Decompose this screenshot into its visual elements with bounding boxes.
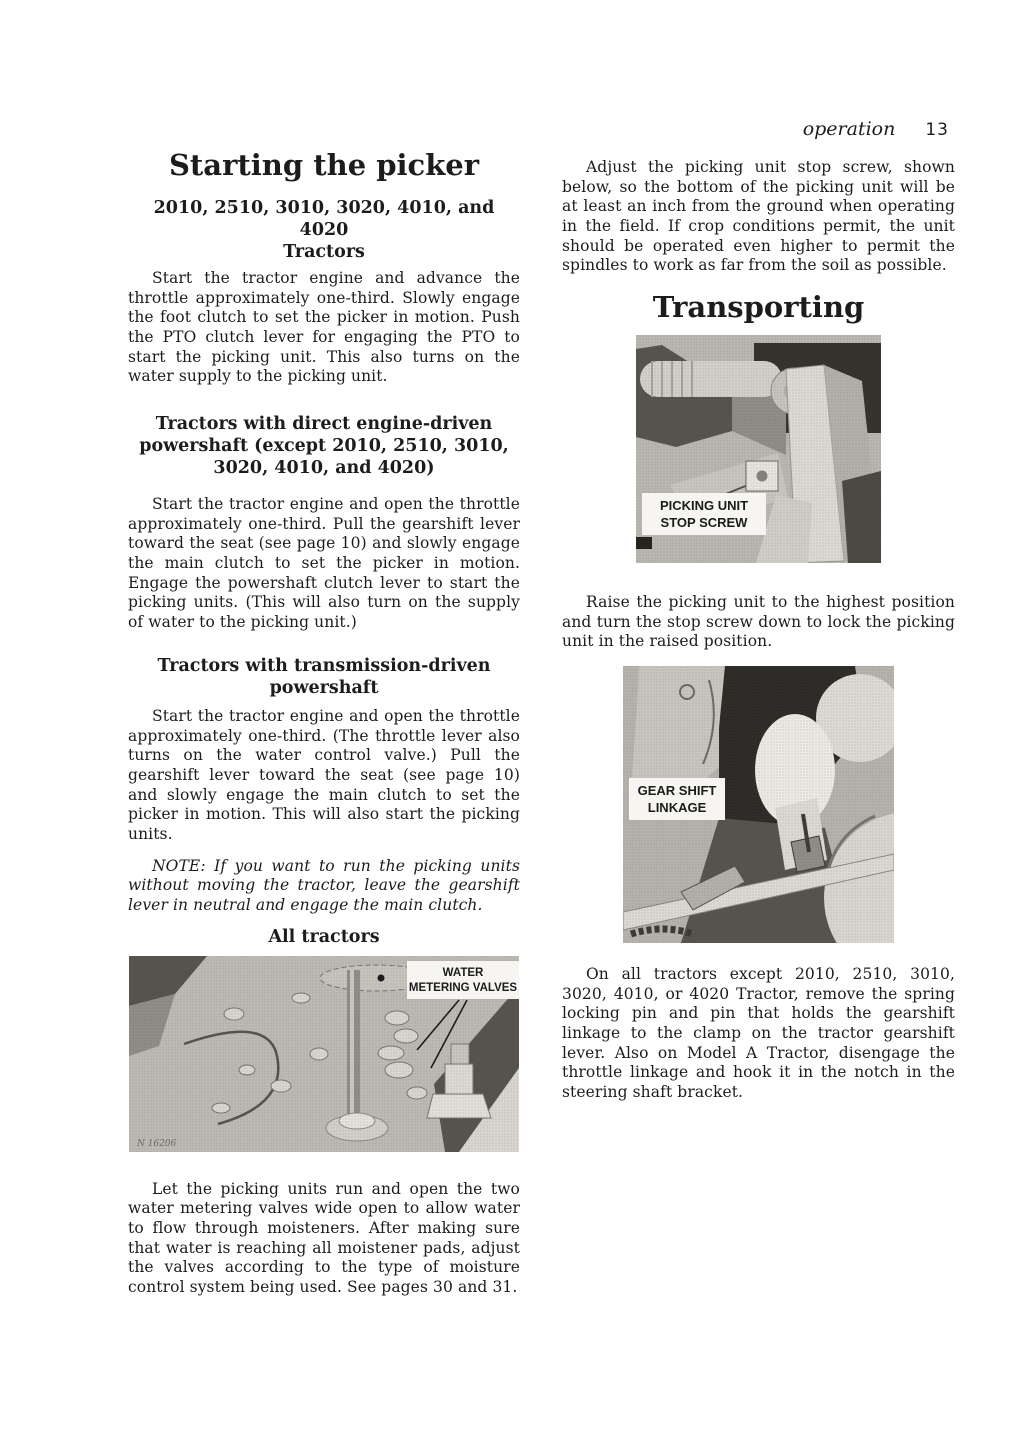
figure-gear-shift-linkage: GEAR SHIFT LINKAGE <box>562 666 955 943</box>
water-metering-valves-photo: WATER METERING VALVES N 16206 <box>129 956 519 1152</box>
figure-code: N 16206 <box>136 1139 177 1149</box>
figure-label-picking-unit-stop-screw: PICKING UNIT STOP SCREW <box>642 493 766 535</box>
heading-transmission-powershaft: Tractors with transmission-driven powers… <box>128 655 520 699</box>
note-paragraph: NOTE: If you want to run the picking uni… <box>128 857 520 916</box>
figure-label-line: METERING VALVES <box>409 982 518 994</box>
page-header: operation 13 <box>562 118 955 140</box>
heading-line: 2010, 2510, 3010, 3020, 4010, and 4020 <box>128 197 520 241</box>
figure-label-line: PICKING UNIT <box>660 498 748 513</box>
heading-line: Tractors with direct engine-driven <box>128 413 520 435</box>
heading-all-tractors: All tractors <box>128 926 520 948</box>
figure-label-line: WATER <box>443 967 484 979</box>
paragraph-transmission-powershaft: Start the tractor engine and open the th… <box>128 707 520 845</box>
paragraph-numbered-tractors: Start the tractor engine and advance the… <box>128 269 520 387</box>
heading-line: powershaft (except 2010, 2510, 3010, <box>128 435 520 457</box>
page-title-transporting: Transporting <box>562 290 955 325</box>
heading-numbered-tractors: 2010, 2510, 3010, 3020, 4010, and 4020 T… <box>128 197 520 263</box>
figure-label-line: LINKAGE <box>648 800 707 815</box>
running-title: operation <box>803 118 896 140</box>
page-number: 13 <box>925 120 949 140</box>
manual-page: Starting the picker 2010, 2510, 3010, 30… <box>0 0 1024 1449</box>
figure-label-gear-shift-linkage: GEAR SHIFT LINKAGE <box>629 778 725 820</box>
heading-direct-powershaft: Tractors with direct engine-driven power… <box>128 413 520 479</box>
page-title-starting-the-picker: Starting the picker <box>128 148 520 183</box>
heading-line: Tractors <box>128 241 520 263</box>
gear-shift-linkage-photo: GEAR SHIFT LINKAGE <box>623 666 894 943</box>
figure-label-line: GEAR SHIFT <box>638 783 717 798</box>
paragraph-all-tractors: Let the picking units run and open the t… <box>128 1180 520 1298</box>
figure-water-metering-valves: WATER METERING VALVES N 16206 <box>128 956 520 1152</box>
paragraph-stop-screw-adjust: Adjust the picking unit stop screw, show… <box>562 158 955 276</box>
right-column: operation 13 Adjust the picking unit sto… <box>562 118 955 1103</box>
heading-line: 3020, 4010, and 4020) <box>128 457 520 479</box>
heading-line: All tractors <box>128 926 520 948</box>
paragraph-raise-picking-unit: Raise the picking unit to the highest po… <box>562 593 955 652</box>
paragraph-direct-powershaft: Start the tractor engine and open the th… <box>128 495 520 633</box>
figure-picking-unit-stop-screw: PICKING UNIT STOP SCREW <box>562 335 955 563</box>
paragraph-on-all-tractors: On all tractors except 2010, 2510, 3010,… <box>562 965 955 1103</box>
heading-line: powershaft <box>128 677 520 699</box>
picking-unit-stop-screw-photo: PICKING UNIT STOP SCREW <box>636 335 881 563</box>
left-column: Starting the picker 2010, 2510, 3010, 30… <box>128 148 520 1298</box>
heading-line: Tractors with transmission-driven <box>128 655 520 677</box>
figure-label-line: STOP SCREW <box>661 515 749 530</box>
